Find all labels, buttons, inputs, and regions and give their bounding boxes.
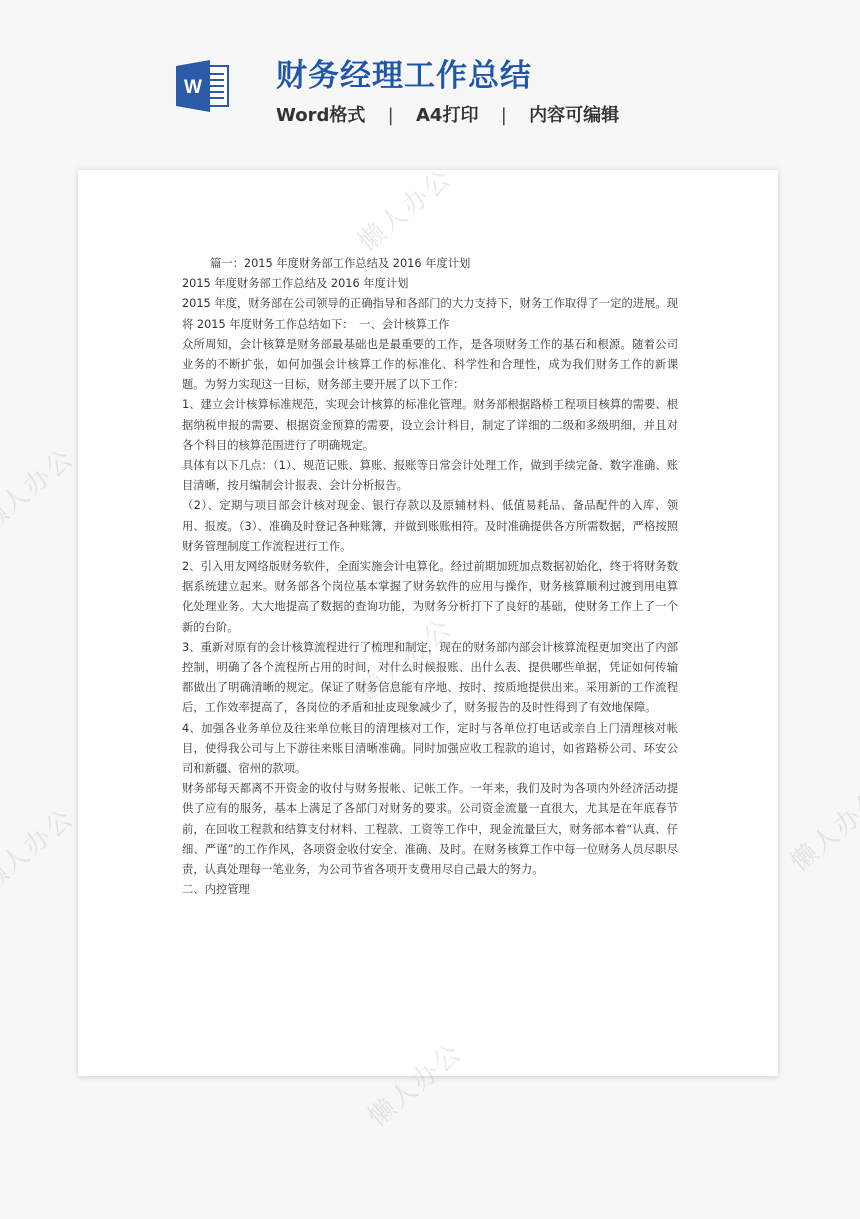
paragraph: 2015 年度，财务部在公司领导的正确指导和各部门的大力支持下，财务工作取得了一… bbox=[182, 294, 678, 334]
watermark: 懒人办公 bbox=[0, 798, 81, 898]
tag-format: Word格式 bbox=[276, 105, 365, 126]
paragraph: 2、引入用友网络版财务软件，全面实施会计电算化。经过前期加班加点数据初始化，终于… bbox=[182, 557, 678, 638]
word-document-icon: W bbox=[176, 60, 232, 112]
paragraph: 4、加强各业务单位及往来单位帐目的清理核对工作，定时与各单位打电话或亲自上门清理… bbox=[182, 719, 678, 780]
document-body: 篇一：2015 年度财务部工作总结及 2016 年度计划 2015 年度财务部工… bbox=[182, 254, 678, 901]
paragraph: 具体有以下几点：（1）、规范记账、算账、报账等日常会计处理工作，做到手续完备、数… bbox=[182, 456, 678, 496]
document-title: 财务经理工作总结 bbox=[276, 50, 532, 95]
document-tags: Word格式 | A4打印 | 内容可编辑 bbox=[276, 101, 619, 127]
paragraph: 篇一：2015 年度财务部工作总结及 2016 年度计划 bbox=[182, 254, 678, 274]
tag-separator: | bbox=[388, 105, 394, 126]
paragraph: 1、建立会计核算标准规范，实现会计核算的标准化管理。财务部根据路桥工程项目核算的… bbox=[182, 395, 678, 456]
svg-text:W: W bbox=[184, 77, 202, 98]
paragraph: 财务部每天都离不开资金的收付与财务报帐、记帐工作。一年来，我们及时为各项内外经济… bbox=[182, 779, 678, 880]
section-heading: 二、内控管理 bbox=[182, 880, 678, 900]
tag-print: A4打印 bbox=[416, 105, 478, 126]
header: W 财务经理工作总结 Word格式 | A4打印 | 内容可编辑 bbox=[0, 0, 860, 160]
watermark: 懒人办公 bbox=[781, 778, 860, 878]
paragraph: 2015 年度财务部工作总结及 2016 年度计划 bbox=[182, 274, 678, 294]
tag-separator: | bbox=[501, 105, 507, 126]
tag-editable: 内容可编辑 bbox=[529, 105, 619, 126]
watermark: 懒人办公 bbox=[0, 438, 81, 538]
paragraph: （2）、定期与项目部会计核对现金、银行存款以及原辅材料、低值易耗品、备品配件的入… bbox=[182, 496, 678, 557]
watermark: 懒人办公 bbox=[359, 1033, 469, 1133]
paragraph: 众所周知，会计核算是财务部最基础也是最重要的工作，是各项财务工作的基石和根源。随… bbox=[182, 335, 678, 396]
document-page: 篇一：2015 年度财务部工作总结及 2016 年度计划 2015 年度财务部工… bbox=[78, 170, 778, 1076]
watermark: 懒人办公 bbox=[349, 158, 459, 258]
paragraph: 3、重新对原有的会计核算流程进行了梳理和制定，现在的财务部内部会计核算流程更加突… bbox=[182, 638, 678, 719]
